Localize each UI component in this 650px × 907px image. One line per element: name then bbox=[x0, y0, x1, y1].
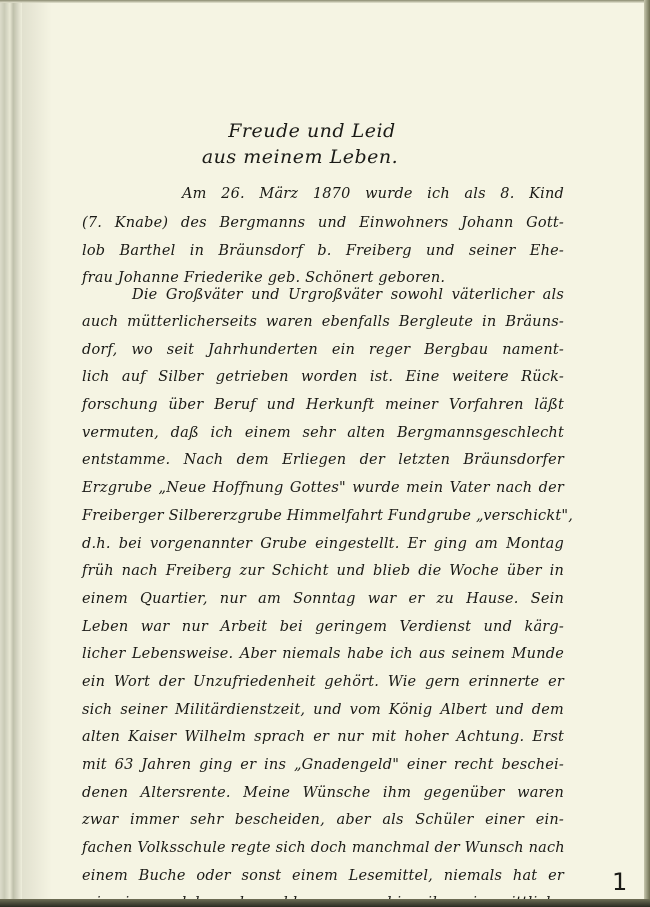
text-line: zwar immer sehr bescheiden, aber als Sch… bbox=[82, 810, 564, 830]
notebook-page: Freude und Leid aus meinem Leben. Am 26.… bbox=[0, 0, 644, 899]
text-line: vermuten, daß ich einem sehr alten Bergm… bbox=[82, 423, 564, 443]
text-line: Die Großväter und Urgroßväter sowohl vät… bbox=[132, 285, 564, 305]
text-line: fachen Volksschule regte sich doch manch… bbox=[82, 838, 564, 858]
page-title-line-1: Freude und Leid bbox=[0, 120, 634, 142]
text-line: Leben war nur Arbeit bei geringem Verdie… bbox=[82, 617, 564, 637]
text-line: auch mütterlicherseits waren ebenfalls B… bbox=[82, 312, 564, 332]
text-line: denen Altersrente. Meine Wünsche ihm geg… bbox=[82, 783, 564, 803]
text-line: lich auf Silber getrieben worden ist. Ei… bbox=[82, 367, 564, 387]
text-line: licher Lebensweise. Aber niemals habe ic… bbox=[82, 644, 564, 664]
text-line: lob Barthel in Bräunsdorf b. Freiberg un… bbox=[82, 241, 564, 261]
page-number: 1 bbox=[612, 868, 627, 896]
text-line: alten Kaiser Wilhelm sprach er nur mit h… bbox=[82, 727, 564, 747]
text-line: entstamme. Nach dem Erliegen der letzten… bbox=[82, 450, 564, 470]
text-line: (7. Knabe) des Bergmanns und Einwohners … bbox=[82, 213, 564, 233]
text-line: Erzgrube „Neue Hoffnung Gottes" wurde me… bbox=[82, 478, 564, 498]
text-line: Freiberger Silbererzgrube Himmelfahrt Fu… bbox=[82, 506, 564, 526]
page-title-line-2: aus meinem Leben. bbox=[0, 146, 622, 168]
text-line: dorf, wo seit Jahrhunderten ein reger Be… bbox=[82, 340, 564, 360]
text-line: ein Wort der Unzufriedenheit gehört. Wie… bbox=[82, 672, 564, 692]
text-line: einem Quartier, nur am Sonntag war er zu… bbox=[82, 589, 564, 609]
text-line: sich seiner Militärdienstzeit, und vom K… bbox=[82, 700, 564, 720]
text-line: forschung über Beruf und Herkunft meiner… bbox=[82, 395, 564, 415]
page-right-edge bbox=[644, 0, 650, 907]
text-line: einem Buche oder sonst einem Lesemittel,… bbox=[82, 866, 564, 886]
text-line: d.h. bei vorgenannter Grube eingestellt.… bbox=[82, 534, 564, 554]
page-top-edge bbox=[0, 0, 650, 3]
text-line: mit 63 Jahren ging er ins „Gnadengeld" e… bbox=[82, 755, 564, 775]
page-bottom-edge bbox=[0, 899, 650, 907]
text-line: früh nach Freiberg zur Schicht und blieb… bbox=[82, 561, 564, 581]
text-line: Am 26. März 1870 wurde ich als 8. Kind bbox=[182, 184, 564, 204]
